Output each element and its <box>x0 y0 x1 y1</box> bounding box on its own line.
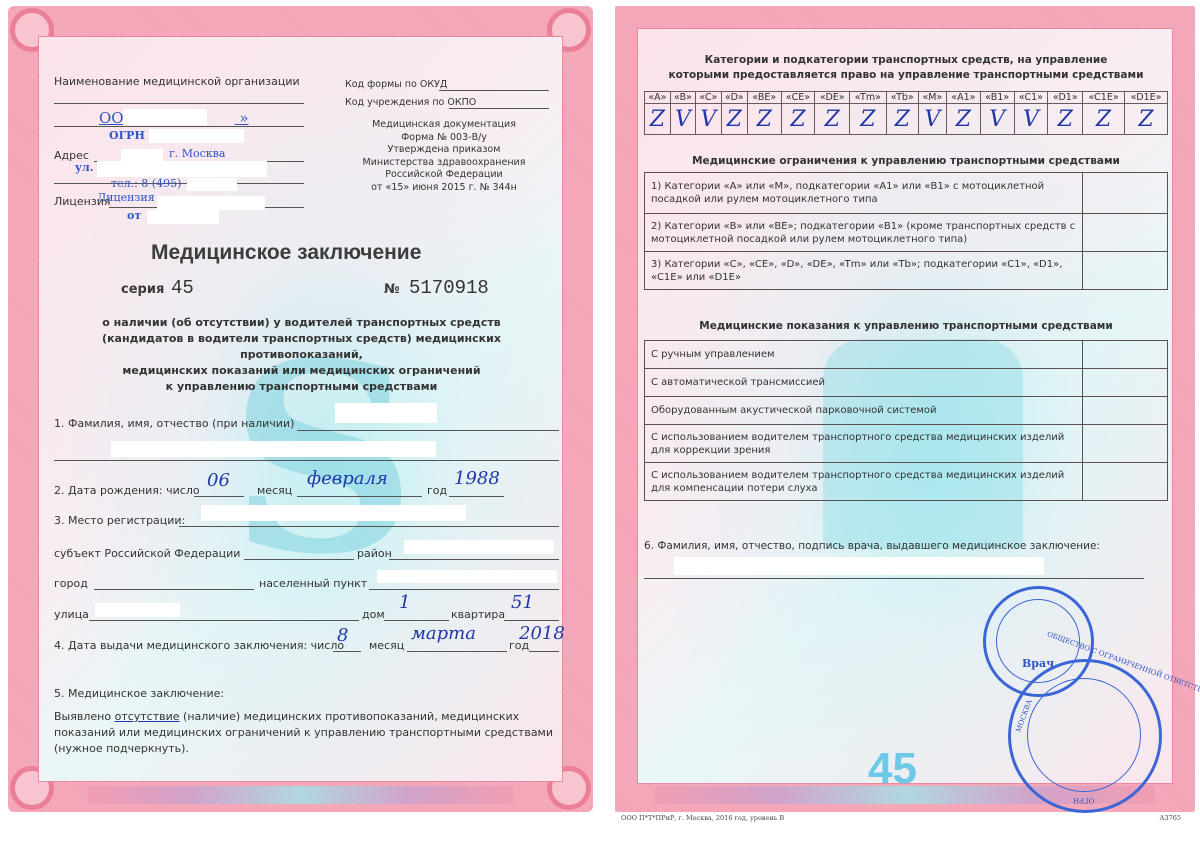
right-page: Категории и подкатегории транспортных ср… <box>615 6 1195 812</box>
category-label: «D» <box>721 92 747 104</box>
category-mark[interactable]: Z <box>721 104 747 135</box>
ornament-band <box>88 786 513 804</box>
category-label: «C1» <box>1014 92 1048 104</box>
form-info: Медицинская документация Форма № 003-В/у… <box>339 119 549 194</box>
conclusion-text: Выявлено отсутствие (наличие) медицински… <box>54 709 559 757</box>
house-label: дом <box>362 608 385 621</box>
restrictions-table: 1) Категории «A» или «M», подкатегории «… <box>644 172 1168 290</box>
birth-month: февраля <box>307 468 388 489</box>
org-stamp-ogrn: ОГРН <box>109 129 145 142</box>
print-code: А3765 <box>1160 814 1181 822</box>
district-label: район <box>357 547 392 560</box>
document-subtitle: о наличии (об отсутствии) у водителей тр… <box>39 315 564 395</box>
category-mark[interactable]: Z <box>946 104 980 135</box>
categories-table: «A»«B»«C»«D»«BE»«CE»«DE»«Tm»«Tb»«M»«A1»«… <box>644 91 1168 135</box>
category-mark[interactable]: Z <box>1048 104 1083 135</box>
indication-row: С ручным управлением <box>645 341 1168 369</box>
apartment-value: 51 <box>511 592 534 613</box>
okpo-field <box>449 108 549 109</box>
category-label: «B1» <box>980 92 1014 104</box>
series-value: 45 <box>171 277 194 299</box>
category-label: «A» <box>645 92 671 104</box>
category-mark[interactable]: V <box>980 104 1014 135</box>
field1-line <box>297 430 559 431</box>
conclusion-underlined: отсутствие <box>115 710 180 723</box>
category-label: «M» <box>918 92 946 104</box>
license-stamp-from: от <box>127 209 141 222</box>
indication-row: С использованием водителем транспортного… <box>645 463 1168 501</box>
apartment-label: квартира <box>451 608 505 621</box>
city-label: город <box>54 577 88 590</box>
category-label: «A1» <box>946 92 980 104</box>
redacted-doctor-name <box>674 557 1044 575</box>
indication-checkbox[interactable] <box>1083 341 1168 369</box>
field5-label: 5. Медицинское заключение: <box>54 687 224 700</box>
okpo-label: Код учреждения по ОКПО <box>345 97 476 108</box>
category-label: «BE» <box>747 92 781 104</box>
category-mark[interactable]: Z <box>781 104 815 135</box>
category-label: «C1E» <box>1083 92 1125 104</box>
restriction-row: 3) Категории «C», «CE», «D», «DE», «Tm» … <box>645 252 1168 290</box>
organization-stamp: ОБЩЕСТВО С ОГРАНИЧЕННОЙ ОТВЕТСТВЕННОСТЬЮ… <box>1008 659 1162 813</box>
category-label: «D1E» <box>1125 92 1168 104</box>
category-mark[interactable]: Z <box>886 104 918 135</box>
printer-note: ООО П*Т*ПРиР, г. Москва, 2016 год, урове… <box>621 814 784 822</box>
redacted-name <box>111 441 436 457</box>
category-mark[interactable]: V <box>696 104 721 135</box>
category-mark[interactable]: V <box>918 104 946 135</box>
series-big: 45 <box>868 744 917 794</box>
restriction-row: 1) Категории «A» или «M», подкатегории «… <box>645 173 1168 214</box>
restriction-checkbox[interactable] <box>1083 214 1168 252</box>
org-label: Наименование медицинской организации <box>54 75 300 88</box>
category-label: «D1» <box>1048 92 1083 104</box>
document-title: Медицинское заключение <box>151 241 421 265</box>
locality-label: населенный пункт <box>259 577 367 590</box>
indications-table: С ручным управлением С автоматической тр… <box>644 340 1168 501</box>
series-label: серия <box>121 282 164 297</box>
redacted <box>123 109 207 125</box>
issue-day: 8 <box>337 625 348 646</box>
left-page-content: S Наименование медицинской организации О… <box>38 36 563 782</box>
left-page: S Наименование медицинской организации О… <box>8 6 593 812</box>
subject-label: субъект Российской Федерации <box>54 547 240 560</box>
category-label: «B» <box>670 92 695 104</box>
street-label: улица <box>54 608 89 621</box>
categories-title: Категории и подкатегории транспортных ср… <box>638 53 1174 83</box>
license-stamp: Лицензия <box>97 191 155 204</box>
field1-label: 1. Фамилия, имя, отчество (при наличии) <box>54 417 294 430</box>
indication-checkbox[interactable] <box>1083 369 1168 397</box>
category-label: «Tm» <box>850 92 887 104</box>
field4-label: 4. Дата выдачи медицинского заключения: … <box>54 639 344 652</box>
right-page-content: Категории и подкатегории транспортных ср… <box>637 28 1173 784</box>
org-line <box>54 103 304 104</box>
house-value: 1 <box>399 592 410 613</box>
category-label: «Tb» <box>886 92 918 104</box>
indication-row: С автоматической трансмиссией <box>645 369 1168 397</box>
category-mark[interactable]: Z <box>815 104 850 135</box>
issue-month: марта <box>411 623 476 644</box>
category-label: «C» <box>696 92 721 104</box>
birth-year: 1988 <box>454 468 500 489</box>
indication-row: С использованием водителем транспортного… <box>645 425 1168 463</box>
number-value: 5170918 <box>409 277 489 299</box>
redacted-name <box>335 403 437 423</box>
okud-field <box>439 90 549 91</box>
address-stamp-street: ул. <box>75 161 94 174</box>
field6-label: 6. Фамилия, имя, отчество, подпись врача… <box>644 540 1100 552</box>
okud-label: Код формы по ОКУД <box>345 79 447 90</box>
restriction-checkbox[interactable] <box>1083 252 1168 290</box>
field3-label: 3. Место регистрации: <box>54 514 185 527</box>
restrictions-title: Медицинские ограничения к управлению тра… <box>638 155 1174 167</box>
indication-checkbox[interactable] <box>1083 463 1168 501</box>
category-mark[interactable]: V <box>1014 104 1048 135</box>
address-stamp-phone: тел.: 8 (495) <box>111 177 181 190</box>
field2-label: 2. Дата рождения: число <box>54 484 200 497</box>
indication-row: Оборудованным акустической парковочной с… <box>645 397 1168 425</box>
field6-line <box>644 578 1144 579</box>
issue-year: 2018 <box>519 623 565 644</box>
restriction-checkbox[interactable] <box>1083 173 1168 214</box>
category-label: «DE» <box>815 92 850 104</box>
category-mark[interactable]: Z <box>645 104 671 135</box>
category-mark[interactable]: Z <box>747 104 781 135</box>
category-label: «CE» <box>781 92 815 104</box>
category-mark[interactable]: Z <box>1125 104 1168 135</box>
redacted-address <box>201 505 466 521</box>
indication-checkbox[interactable] <box>1083 425 1168 463</box>
number-label: № <box>384 282 400 297</box>
indications-title: Медицинские показания к управлению транс… <box>638 320 1174 332</box>
category-mark[interactable]: Z <box>1083 104 1125 135</box>
category-mark[interactable]: Z <box>850 104 887 135</box>
category-mark[interactable]: V <box>670 104 695 135</box>
birth-day: 06 <box>207 470 230 491</box>
restriction-row: 2) Категории «B» или «BE»; подкатегории … <box>645 214 1168 252</box>
indication-checkbox[interactable] <box>1083 397 1168 425</box>
address-stamp-city: г. Москва <box>169 147 225 160</box>
